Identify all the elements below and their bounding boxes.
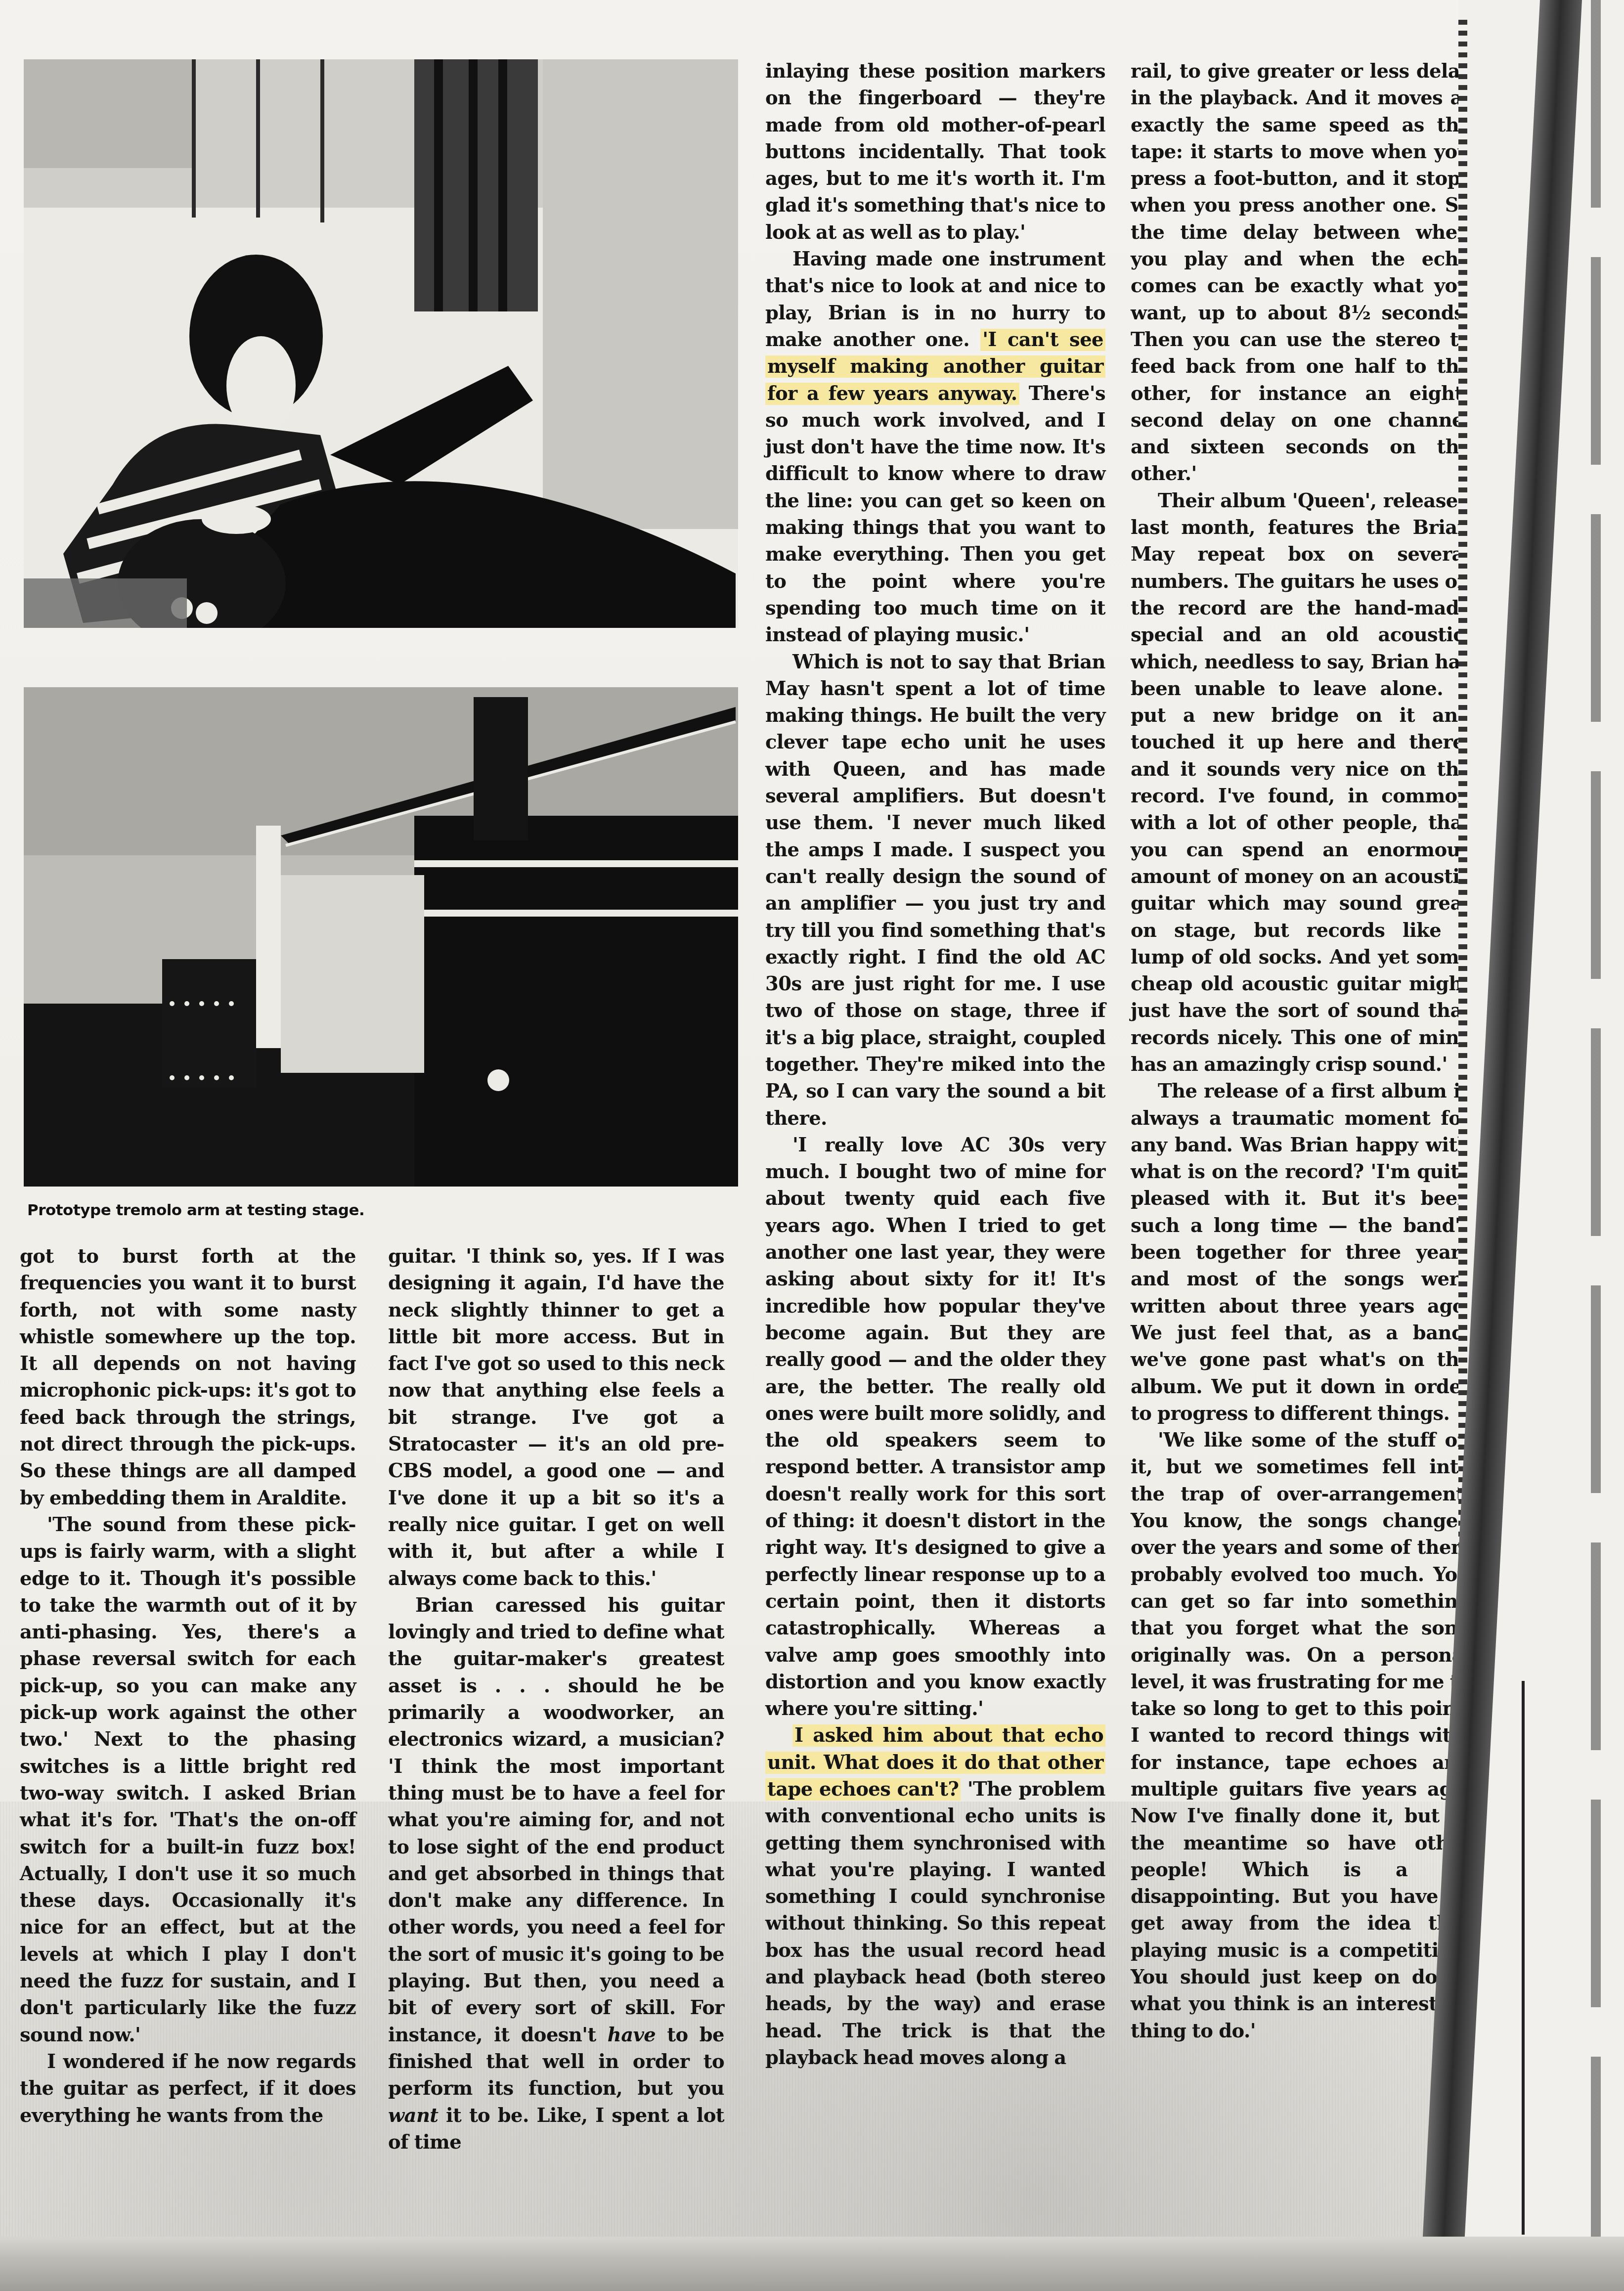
photo-caption: Prototype tremolo arm at testing stage. <box>27 1201 739 1219</box>
photo-illustration <box>24 59 738 628</box>
paragraph: I asked him about that echo unit. What d… <box>765 1722 1105 2071</box>
text-run: it to be. Like, I spent a lot of time <box>388 2105 724 2154</box>
article-column-4: rail, to give greater or less delay in t… <box>1131 58 1471 2045</box>
text-run: There's so much work involved, and I jus… <box>765 383 1105 647</box>
brian-may-with-guitar-photo <box>24 59 738 628</box>
article-column-2: guitar. 'I think so, yes. If I was desig… <box>388 1243 724 2156</box>
magazine-page: Prototype tremolo arm at testing stage. … <box>0 0 1624 2291</box>
scanner-bottom-edge <box>0 2237 1624 2291</box>
italic-emphasis: have <box>608 2024 656 2046</box>
paragraph: Which is not to say that Brian May hasn'… <box>765 649 1105 1132</box>
paragraph: 'The sound from these pick-ups is fairly… <box>20 1512 356 2049</box>
paragraph: 'I really love AC 30s very much. I bough… <box>765 1132 1105 1723</box>
text-run: 'The problem with conventional echo unit… <box>765 1778 1105 2069</box>
paragraph: inlaying these position markers on the f… <box>765 58 1105 246</box>
photo-illustration <box>24 687 738 1187</box>
paragraph: Having made one instrument that's nice t… <box>765 246 1105 649</box>
article-column-3: inlaying these position markers on the f… <box>765 58 1105 2071</box>
paragraph: I wondered if he now regards the guitar … <box>20 2049 356 2129</box>
paragraph: Brian caressed his guitar lovingly and t… <box>388 1592 724 2156</box>
italic-emphasis: want <box>388 2105 438 2127</box>
paragraph: 'We like some of the stuff on it, but we… <box>1131 1427 1471 2045</box>
paragraph: Their album 'Queen', released last month… <box>1131 488 1471 1079</box>
text-run: Brian caressed his guitar lovingly and t… <box>388 1594 724 2046</box>
binding-edge <box>1458 0 1624 2291</box>
page-edge-line <box>1522 1681 1525 2235</box>
tremolo-arm-prototype-photo <box>24 687 738 1187</box>
paragraph: rail, to give greater or less delay in t… <box>1131 58 1471 488</box>
paragraph: guitar. 'I think so, yes. If I was desig… <box>388 1243 724 1592</box>
article-column-1: got to burst forth at the frequencies yo… <box>20 1243 356 2129</box>
paragraph: got to burst forth at the frequencies yo… <box>20 1243 356 1512</box>
binding-holes <box>1591 0 1601 2291</box>
paragraph: The release of a first album is always a… <box>1131 1078 1471 1427</box>
